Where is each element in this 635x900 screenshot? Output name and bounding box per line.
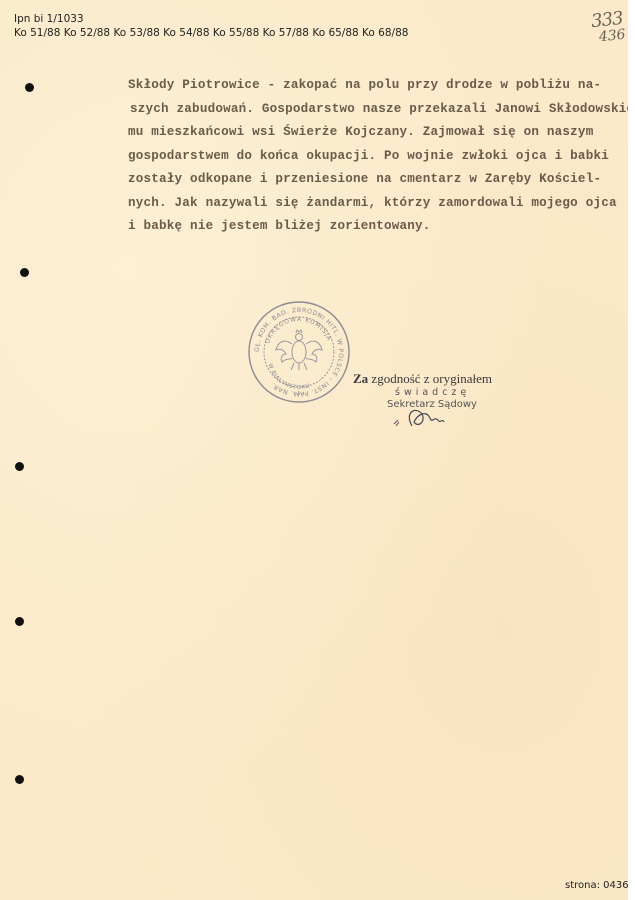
archive-reference: Ipn bi 1/1033 xyxy=(14,12,408,26)
case-references: Ko 51/88 Ko 52/88 Ko 53/88 Ko 54/88 Ko 5… xyxy=(14,26,408,40)
punch-hole-icon xyxy=(15,775,24,784)
text-line: Skłody Piotrowice - zakopać na polu przy… xyxy=(128,74,608,98)
punch-hole-icon xyxy=(25,83,34,92)
text-line: szych zabudowań. Gospodarstwo nasze prze… xyxy=(130,98,608,122)
text-line: i babkę nie jestem bliżej zorientowany. xyxy=(128,215,608,239)
archive-header: Ipn bi 1/1033 Ko 51/88 Ko 52/88 Ko 53/88… xyxy=(14,12,408,40)
text-line: gospodarstwem do końca okupacji. Po wojn… xyxy=(128,145,608,169)
certification-conformity: zgodność z oryginałem xyxy=(368,371,492,386)
handwritten-signature xyxy=(392,404,452,434)
text-line: zostały odkopane i przeniesione na cment… xyxy=(128,168,608,192)
eagle-emblem-icon xyxy=(276,330,322,370)
text-line: mu mieszkańcowi wsi Świerże Kojczany. Za… xyxy=(128,121,608,145)
official-stamp: GŁ. KOM. BAD. ZBRODNI HITL. W POLSCE - I… xyxy=(246,300,352,404)
punch-hole-icon xyxy=(15,462,24,471)
typewritten-testimony: Skłody Piotrowice - zakopać na polu przy… xyxy=(128,74,608,239)
stamp-inner-text-bottom: W BIAŁYMSTOKU xyxy=(267,363,311,391)
document-page: Ipn bi 1/1033 Ko 51/88 Ko 52/88 Ko 53/88… xyxy=(0,0,628,900)
svg-text:W BIAŁYMSTOKU: W BIAŁYMSTOKU xyxy=(267,363,311,391)
certification-za: Za xyxy=(353,371,368,386)
page-edge xyxy=(628,0,635,900)
certification-attest: świadczę xyxy=(395,387,523,399)
svg-text:• 1 •: • 1 • xyxy=(293,391,305,397)
certification-line: Za zgodność z oryginałem xyxy=(353,371,523,387)
punch-hole-icon xyxy=(20,268,29,277)
punch-hole-icon xyxy=(15,617,24,626)
page-footer: strona: 0436 xyxy=(565,880,629,891)
text-line: nych. Jak nazywali się żandarmi, którzy … xyxy=(128,192,608,216)
